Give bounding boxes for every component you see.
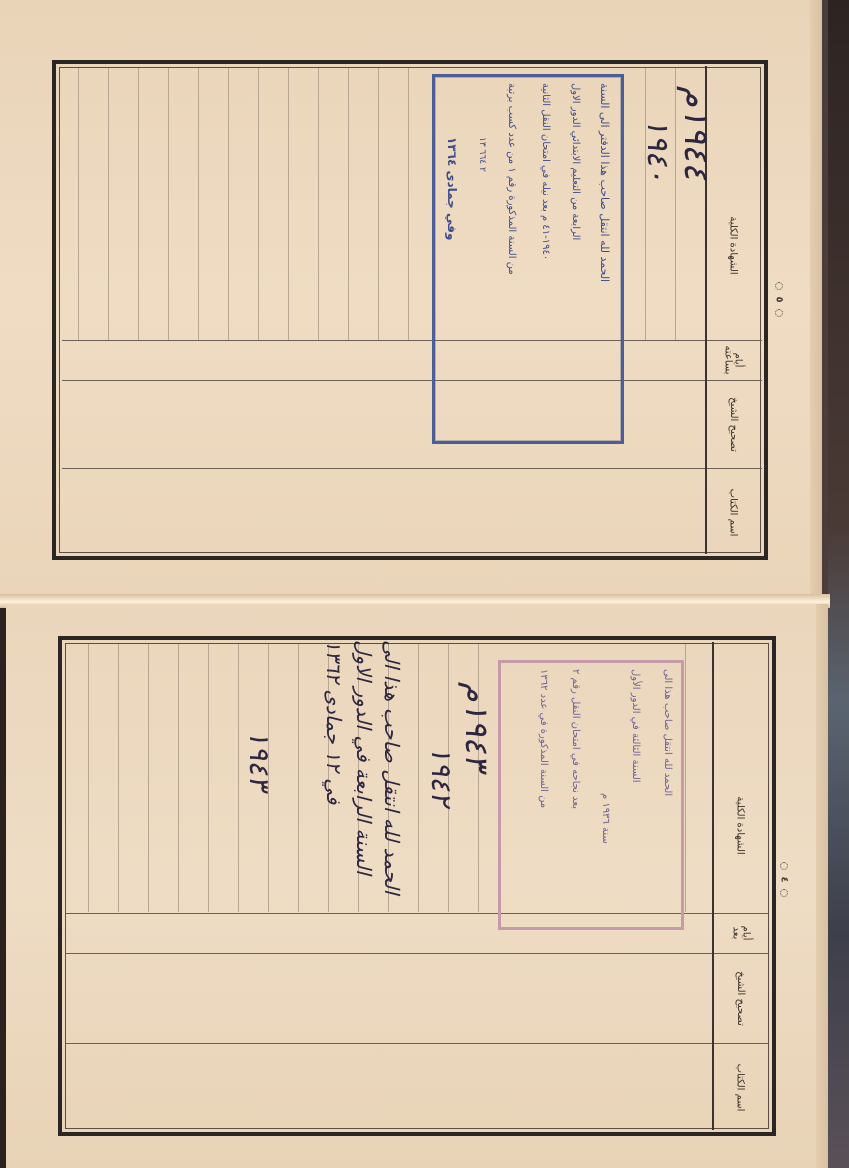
header-attendance-label: أيام بعد — [730, 926, 750, 941]
page-edge — [810, 0, 822, 600]
header-book-name: اسم الكتاب — [713, 1045, 767, 1129]
ruled-line — [318, 68, 319, 340]
header-book-name: اسم الكتاب — [706, 470, 760, 554]
header-attendance: أيام بعد — [713, 915, 767, 951]
column-separator — [62, 380, 762, 381]
page-edge — [816, 604, 828, 1168]
column-separator — [66, 953, 768, 954]
stamp-line: سنة ١٩٣٦ م — [600, 793, 611, 844]
handwritten-note-line: الحمد لله انتقل صاحب هذا الى — [380, 640, 404, 894]
stamp-line: من السنة المذكورة رقم ١ من عدد كسب برتبة — [506, 83, 517, 275]
stamp-line: الحمد لله انتقل صاحب هذا الى — [662, 669, 673, 796]
ornament-icon — [775, 282, 783, 290]
ruled-line — [685, 644, 686, 912]
column-separator — [62, 340, 762, 341]
header-certificate-label: الشهادة الكلية — [728, 216, 739, 274]
stamp-line: من السنة المذكورة في عدد ١٣٦٢ — [538, 669, 549, 808]
stamp-line: وفي جمادى ١٣٦٤ — [445, 137, 459, 240]
ornament-icon — [775, 309, 783, 317]
ruled-line — [138, 68, 139, 340]
ruled-line — [78, 68, 79, 340]
ruled-line — [208, 644, 209, 912]
header-certificate: الشهادة الكلية — [706, 160, 760, 330]
transfer-stamp-bottom: الحمد لله انتقل صاحب هذا الى السنة الثال… — [498, 660, 684, 930]
header-sheikh-correction: تصحيح الشيخ — [713, 955, 767, 1041]
stamp-line: السنة الثالثة في الدور الأول — [630, 669, 641, 783]
header-sheikh-correction: تصحيح الشيخ — [706, 382, 760, 466]
ruled-line — [198, 68, 199, 340]
ruled-line — [408, 68, 409, 340]
transfer-stamp-top: الحمد لله انتقل صاحب هذا الدفتر الى السن… — [432, 74, 624, 444]
scan-backdrop-edge — [828, 0, 849, 1168]
ruled-line — [178, 644, 179, 912]
ruled-line — [118, 644, 119, 912]
stamp-line: ١٩٤٠-٤١ م بعد نيله في امتحان النقل الثان… — [540, 83, 551, 260]
handwritten-date-line2: ١٩٤٠ — [640, 118, 675, 182]
handwritten-note-line: ١٩٤٣ — [243, 730, 276, 790]
stamp-line: بعد نجاحه في امتحان النقل رقم ٢ — [570, 669, 581, 809]
header-certificate: الشهادة الكلية — [713, 740, 767, 910]
column-separator — [62, 468, 762, 469]
page-number-bottom: ٤ — [780, 862, 788, 897]
header-attendance: أيام بساعته — [706, 342, 760, 378]
column-separator — [66, 1043, 768, 1044]
page-number-label: ٤ — [778, 876, 789, 882]
ruled-line — [258, 68, 259, 340]
ornament-icon — [780, 862, 788, 870]
ruled-line — [645, 68, 646, 340]
ruled-line — [108, 68, 109, 340]
ruled-line — [228, 68, 229, 340]
header-attendance-label: أيام بساعته — [723, 345, 743, 374]
handwritten-date-line1: ١٩٤٤م — [676, 86, 716, 180]
ruled-line — [418, 644, 419, 912]
handwritten-date-line2: ١٩٤٢ — [425, 746, 458, 806]
handwritten-note-line: في ١٢ جمادى ١٣٦٢ — [322, 640, 346, 804]
page-number-top: ٥ — [775, 282, 783, 317]
header-book-name-label: اسم الكتاب — [734, 1063, 745, 1111]
ruled-line — [88, 644, 89, 912]
header-sheikh-correction-label: تصحيح الشيخ — [728, 397, 739, 452]
ruled-line — [148, 644, 149, 912]
ornament-icon — [780, 889, 788, 897]
handwritten-date-line1: ١٩٤٣م — [458, 682, 496, 771]
ruled-line — [348, 68, 349, 340]
stamp-line: ٢ ٦٦٤ ١٣ — [477, 137, 487, 172]
ruled-line — [378, 68, 379, 340]
ruled-line — [288, 68, 289, 340]
header-certificate-label: الشهادة الكلية — [735, 796, 746, 854]
header-sheikh-correction-label: تصحيح الشيخ — [735, 971, 746, 1026]
ruled-line — [168, 68, 169, 340]
ruled-line — [238, 644, 239, 912]
header-book-name-label: اسم الكتاب — [727, 488, 738, 536]
stamp-line: الحمد لله انتقل صاحب هذا الدفتر الى السن… — [598, 83, 611, 282]
stamp-line: الرابعة من التعليم الابتدائي الدور الاول — [570, 83, 581, 240]
ruled-line — [298, 644, 299, 912]
handwritten-note-line: السنة الرابعة في الدور الاول — [352, 640, 376, 875]
page-number-label: ٥ — [773, 296, 784, 302]
